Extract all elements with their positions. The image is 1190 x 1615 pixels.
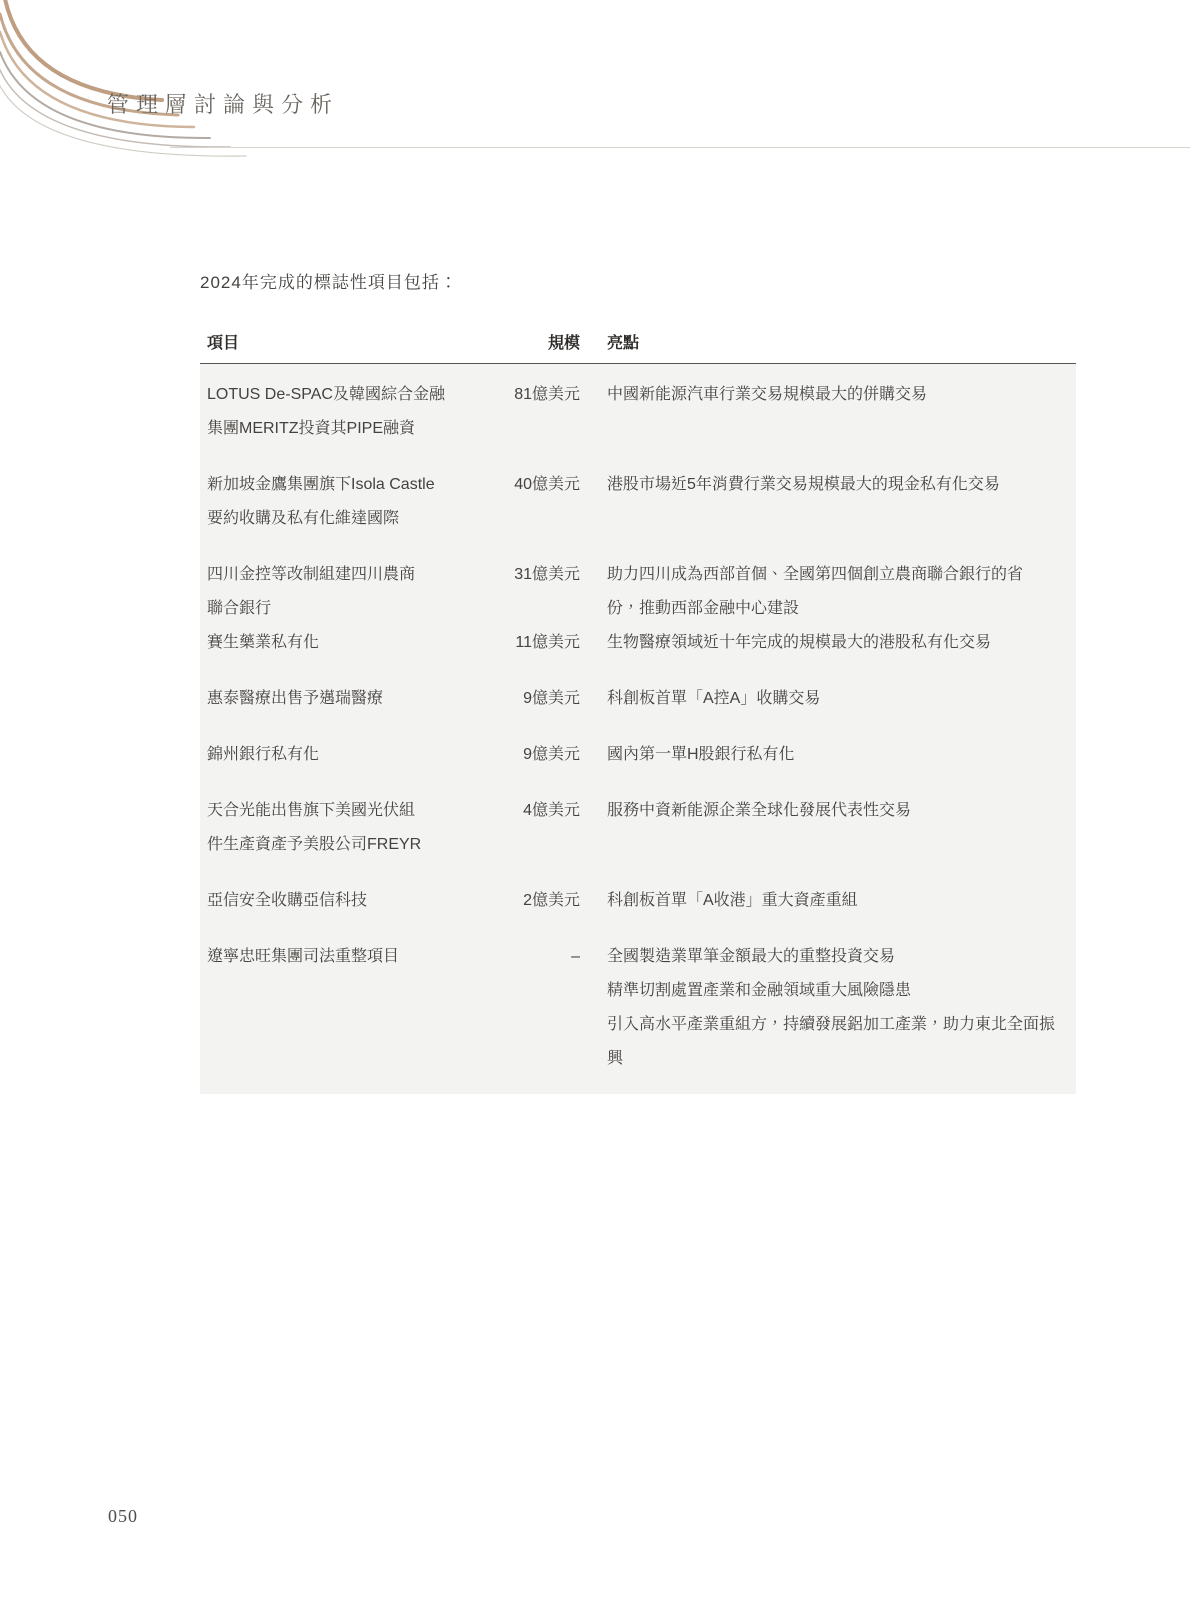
page-title: 管理層討論與分析: [107, 88, 339, 119]
scale-cell: 9億美元: [497, 682, 580, 716]
project-cell: 亞信安全收購亞信科技: [207, 884, 497, 918]
table-row: LOTUS De-SPAC及韓國綜合金融 集團MERITZ投資其PIPE融資 8…: [207, 378, 1068, 446]
highlight-cell: 國內第一單H股銀行私有化: [580, 738, 1068, 772]
scale-cell: 4億美元: [497, 794, 580, 862]
project-cell: 遼寧忠旺集團司法重整項目: [207, 940, 497, 1076]
highlight-cell: 科創板首單「A收港」重大資產重組: [580, 884, 1068, 918]
table-row: 亞信安全收購亞信科技 2億美元 科創板首單「A收港」重大資產重組: [207, 884, 1068, 918]
intro-text: 2024年完成的標誌性項目包括：: [200, 268, 458, 293]
table-row: 遼寧忠旺集團司法重整項目 – 全國製造業單筆金額最大的重整投資交易 精準切割處置…: [207, 940, 1068, 1076]
column-header-project: 項目: [207, 330, 497, 353]
table-row: 惠泰醫療出售予邁瑞醫療 9億美元 科創板首單「A控A」收購交易: [207, 682, 1068, 716]
table-header-row: 項目 規模 亮點: [200, 330, 1076, 364]
highlight-cell: 生物醫療領域近十年完成的規模最大的港股私有化交易: [580, 626, 1068, 660]
scale-cell: 2億美元: [497, 884, 580, 918]
table-row: 錦州銀行私有化 9億美元 國內第一單H股銀行私有化: [207, 738, 1068, 772]
table-row: 新加坡金鷹集團旗下Isola Castle 要約收購及私有化維達國際 40億美元…: [207, 468, 1068, 536]
project-cell: 賽生藥業私有化: [207, 626, 497, 660]
scale-cell: 11億美元: [497, 626, 580, 660]
highlight-cell: 全國製造業單筆金額最大的重整投資交易 精準切割處置產業和金融領域重大風險隱患 引…: [580, 940, 1068, 1076]
project-cell: LOTUS De-SPAC及韓國綜合金融 集團MERITZ投資其PIPE融資: [207, 378, 497, 446]
table-row: 四川金控等改制組建四川農商 聯合銀行 31億美元 助力四川成為西部首個、全國第四…: [207, 558, 1068, 626]
highlight-cell: 科創板首單「A控A」收購交易: [580, 682, 1068, 716]
highlight-cell: 中國新能源汽車行業交易規模最大的併購交易: [580, 378, 1068, 446]
project-cell: 惠泰醫療出售予邁瑞醫療: [207, 682, 497, 716]
column-header-highlight: 亮點: [580, 330, 1068, 353]
page-number: 050: [108, 1506, 138, 1527]
project-cell: 錦州銀行私有化: [207, 738, 497, 772]
highlight-cell: 服務中資新能源企業全球化發展代表性交易: [580, 794, 1068, 862]
project-cell: 新加坡金鷹集團旗下Isola Castle 要約收購及私有化維達國際: [207, 468, 497, 536]
header-divider: [170, 147, 1190, 148]
highlight-cell: 助力四川成為西部首個、全國第四個創立農商聯合銀行的省 份，推動西部金融中心建設: [580, 558, 1068, 626]
scale-cell: 81億美元: [497, 378, 580, 446]
project-cell: 天合光能出售旗下美國光伏組 件生產資產予美股公司FREYR: [207, 794, 497, 862]
highlight-cell: 港股市場近5年消費行業交易規模最大的現金私有化交易: [580, 468, 1068, 536]
scale-cell: –: [497, 940, 580, 1076]
scale-cell: 9億美元: [497, 738, 580, 772]
project-cell: 四川金控等改制組建四川農商 聯合銀行: [207, 558, 497, 626]
scale-cell: 40億美元: [497, 468, 580, 536]
column-header-scale: 規模: [497, 330, 580, 353]
table-row: 天合光能出售旗下美國光伏組 件生產資產予美股公司FREYR 4億美元 服務中資新…: [207, 794, 1068, 862]
table-body: LOTUS De-SPAC及韓國綜合金融 集團MERITZ投資其PIPE融資 8…: [200, 364, 1076, 1094]
deals-table: 項目 規模 亮點 LOTUS De-SPAC及韓國綜合金融 集團MERITZ投資…: [200, 330, 1076, 1094]
decorative-arcs-icon: [0, 0, 300, 170]
scale-cell: 31億美元: [497, 558, 580, 626]
table-row: 賽生藥業私有化 11億美元 生物醫療領域近十年完成的規模最大的港股私有化交易: [207, 626, 1068, 660]
report-page: 管理層討論與分析 2024年完成的標誌性項目包括： 項目 規模 亮點 LOTUS…: [0, 0, 1190, 1615]
